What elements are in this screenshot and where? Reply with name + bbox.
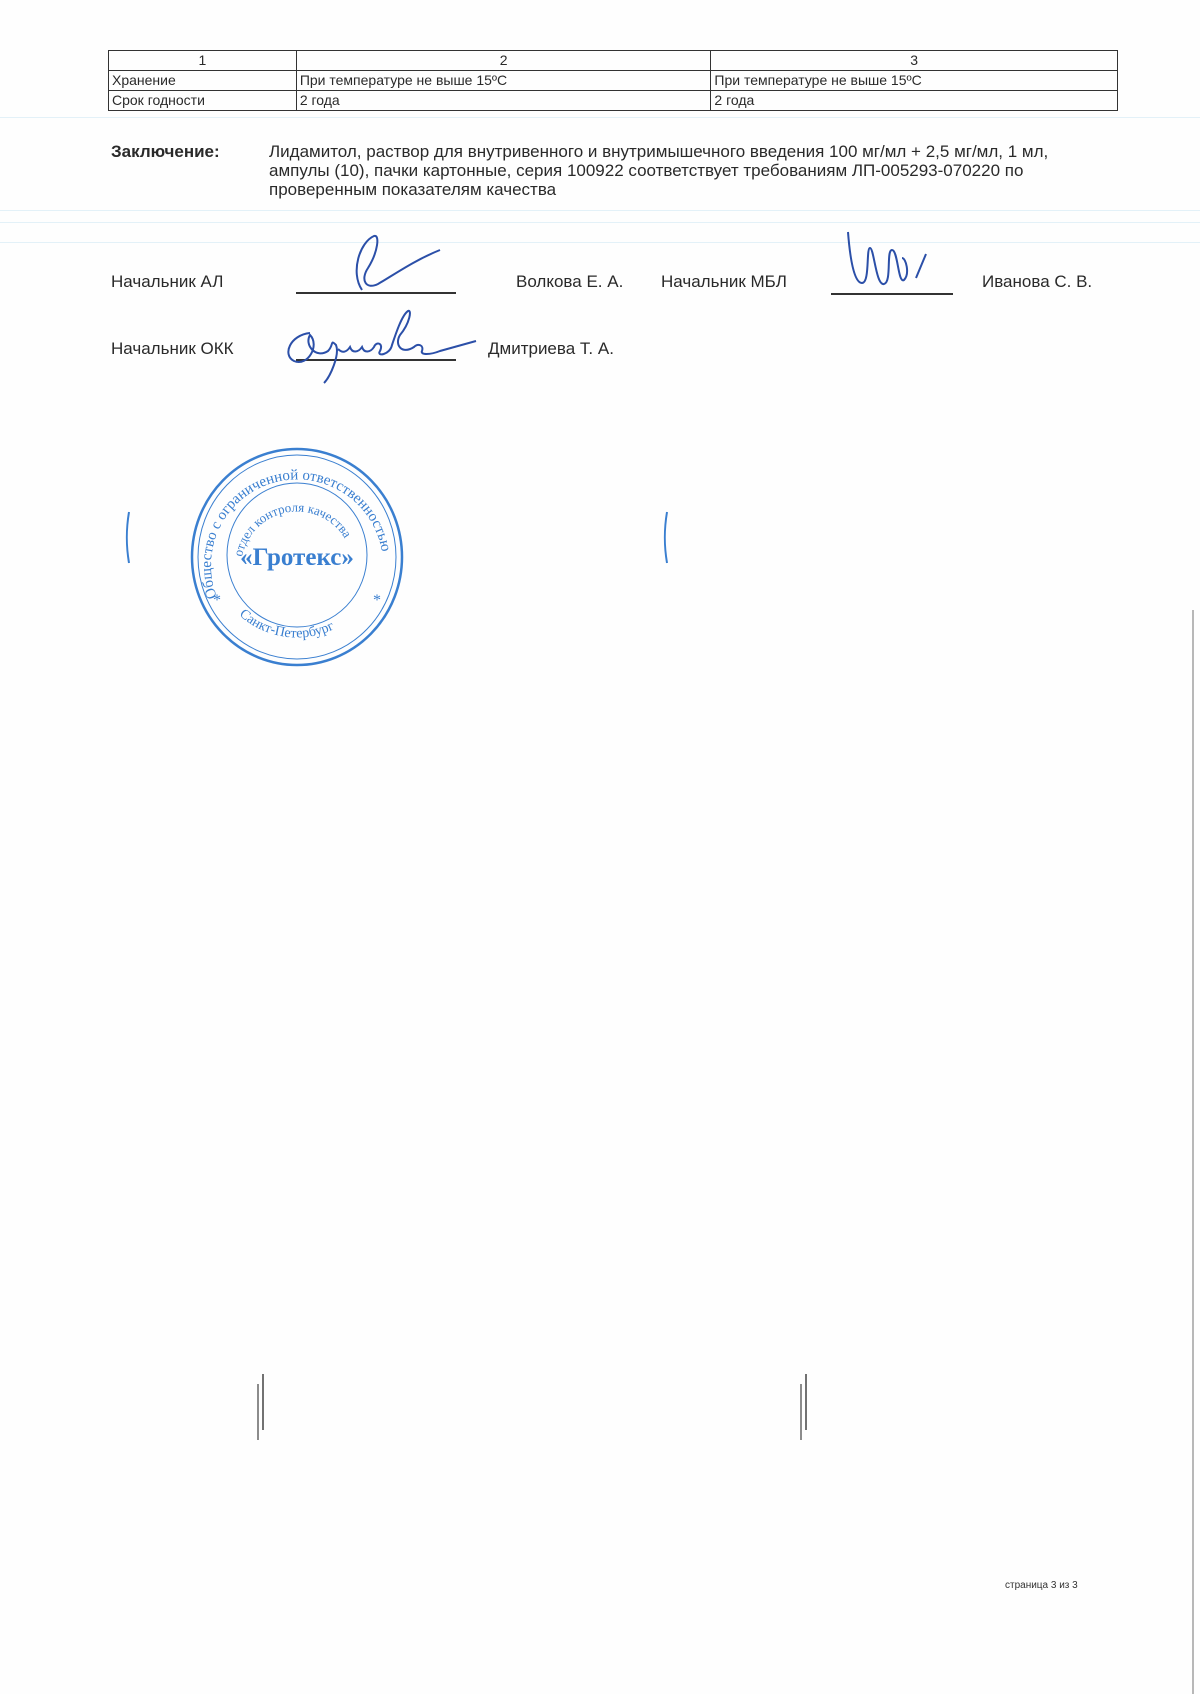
table-cell: Хранение — [109, 71, 297, 91]
svg-text:Санкт-Петербург: Санкт-Петербург — [236, 607, 336, 642]
page-number: страница 3 из 3 — [1005, 1580, 1078, 1591]
punch-mark — [662, 510, 672, 565]
scan-artifact-line — [0, 222, 1200, 223]
table-row: Срок годности 2 года 2 года — [109, 91, 1118, 111]
conclusion-label: Заключение: — [111, 142, 220, 161]
signature-mbl — [840, 228, 940, 293]
signer-role-mbl: Начальник МБЛ — [661, 272, 787, 292]
quality-table: 1 2 3 Хранение При температуре не выше 1… — [108, 50, 1118, 111]
stamp-star-icon: * — [373, 592, 381, 609]
stamp-center-text: «Гротекс» — [240, 544, 354, 571]
signer-name-volkova: Волкова Е. А. — [516, 272, 623, 292]
stamp-bottom-text: Санкт-Петербург — [236, 607, 336, 642]
signature-line — [831, 293, 953, 295]
conclusion-text: Лидамитол, раствор для внутривенного и в… — [269, 142, 1089, 199]
punch-mark — [124, 510, 134, 565]
table-cell: При температуре не выше 15ºС — [296, 71, 711, 91]
document-page: 1 2 3 Хранение При температуре не выше 1… — [0, 0, 1200, 1694]
table-row: Хранение При температуре не выше 15ºС Пр… — [109, 71, 1118, 91]
table-cell: При температуре не выше 15ºС — [711, 71, 1118, 91]
stamp-star-icon: * — [213, 592, 221, 609]
signature-al — [340, 232, 450, 297]
table-header-cell: 2 — [296, 51, 711, 71]
scan-artifact-line — [0, 117, 1200, 118]
signature-okk — [280, 305, 480, 385]
punch-mark — [254, 1372, 266, 1442]
table-cell: 2 года — [296, 91, 711, 111]
scan-artifact-line — [0, 242, 1200, 243]
table-header-row: 1 2 3 — [109, 51, 1118, 71]
table-header-cell: 3 — [711, 51, 1118, 71]
scan-artifact-line — [0, 210, 1200, 211]
signer-role-okk: Начальник ОКК — [111, 339, 234, 359]
punch-mark — [797, 1372, 809, 1442]
scan-edge-line — [1192, 610, 1194, 1694]
table-cell: Срок годности — [109, 91, 297, 111]
company-stamp: Общество с ограниченной ответственностью… — [187, 447, 407, 667]
signer-name-ivanova: Иванова С. В. — [982, 272, 1092, 292]
table-header-cell: 1 — [109, 51, 297, 71]
signer-name-dmitrieva: Дмитриева Т. А. — [488, 339, 614, 359]
table-cell: 2 года — [711, 91, 1118, 111]
signer-role-al: Начальник АЛ — [111, 272, 223, 292]
